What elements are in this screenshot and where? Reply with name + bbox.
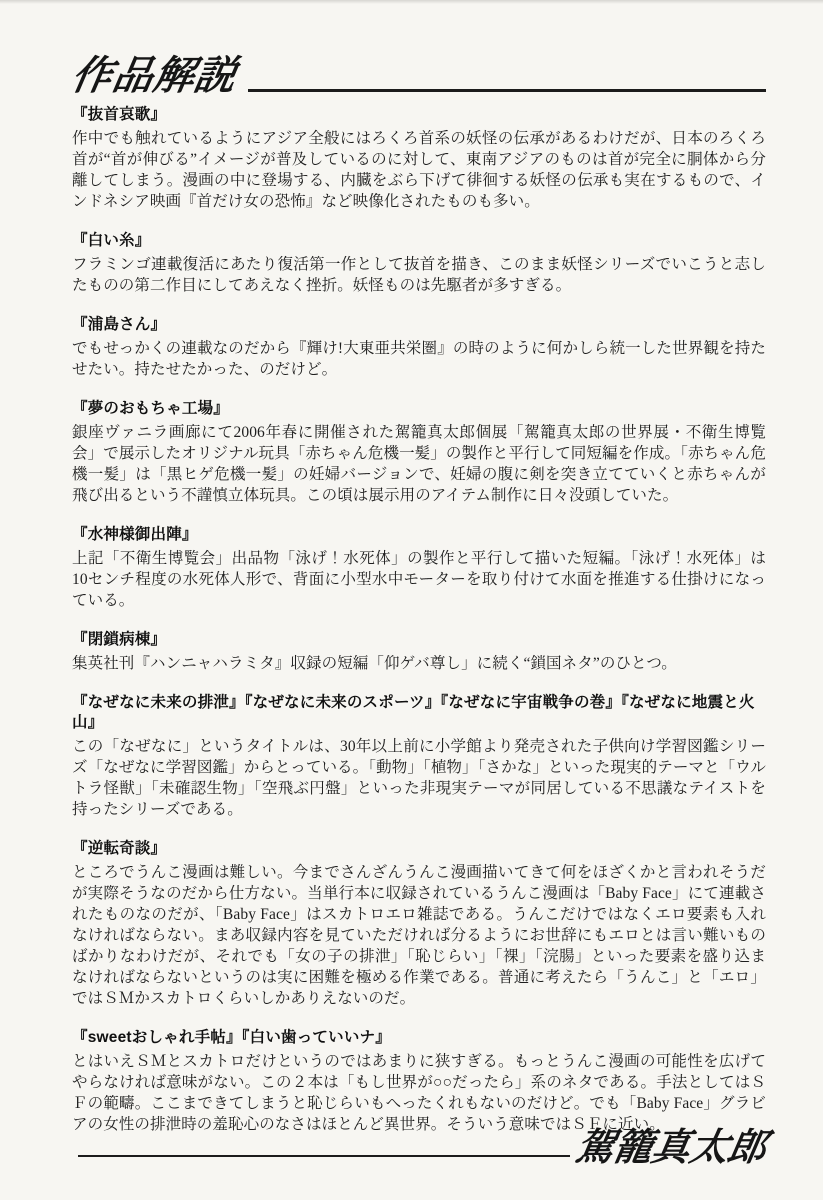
section: 『なぜなに未来の排泄』『なぜなに未来のスポーツ』『なぜなに宇宙戦争の巻』『なぜな… bbox=[72, 693, 766, 820]
title-row: 作品解説 bbox=[72, 46, 766, 96]
section-body: でもせっかくの連載なのだから『輝け!大東亜共栄圏』の時のように何かしら統一した世… bbox=[72, 338, 766, 380]
section-heading: 『sweetおしゃれ手帖』『白い歯っていいナ』 bbox=[72, 1028, 766, 1048]
page-content: 作品解説 『抜首哀歌』 作中でも触れているようにアジア全般にはろくろ首系の妖怪の… bbox=[72, 46, 766, 1135]
section-heading: 『逆転奇談』 bbox=[72, 839, 766, 859]
section-heading: 『水神様御出陣』 bbox=[72, 525, 766, 545]
section: 『閉鎖病棟』 集英社刊『ハンニャハラミタ』収録の短編「仰ゲバ尊し」に続く“鎖国ネ… bbox=[72, 630, 766, 674]
page-title: 作品解説 bbox=[68, 56, 239, 96]
section-heading: 『夢のおもちゃ工場』 bbox=[72, 399, 766, 419]
section-body: 集英社刊『ハンニャハラミタ』収録の短編「仰ゲバ尊し」に続く“鎖国ネタ”のひとつ。 bbox=[72, 653, 766, 674]
scan-edge-shadow bbox=[0, 0, 823, 4]
section: 『白い糸』 フラミンゴ連載復活にあたり復活第一作として抜首を描き、このまま妖怪シ… bbox=[72, 231, 766, 296]
section-body: 作中でも触れているようにアジア全般にはろくろ首系の妖怪の伝承があるわけだが、日本… bbox=[72, 128, 766, 212]
section-body: この「なぜなに」というタイトルは、30年以上前に小学館より発売された子供向け学習… bbox=[72, 736, 766, 820]
section-body: 上記「不衛生博覧会」出品物「泳げ！水死体」の製作と平行して描いた短編。「泳げ！水… bbox=[72, 548, 766, 611]
section: 『夢のおもちゃ工場』 銀座ヴァニラ画廊にて2006年春に開催された駕籠真太郎個展… bbox=[72, 399, 766, 506]
section: 『抜首哀歌』 作中でも触れているようにアジア全般にはろくろ首系の妖怪の伝承がある… bbox=[72, 105, 766, 212]
section-body: ところでうんこ漫画は難しい。今までさんざんうんこ漫画描いてきて何をほざくかと言わ… bbox=[72, 862, 766, 1009]
signature-row: 駕籠真太郎 bbox=[78, 1112, 766, 1170]
section-heading: 『閉鎖病棟』 bbox=[72, 630, 766, 650]
signature-underline bbox=[78, 1155, 570, 1157]
title-underline bbox=[248, 89, 766, 92]
section-heading: 『浦島さん』 bbox=[72, 315, 766, 335]
author-signature: 駕籠真太郎 bbox=[572, 1128, 769, 1170]
section: 『水神様御出陣』 上記「不衛生博覧会」出品物「泳げ！水死体」の製作と平行して描い… bbox=[72, 525, 766, 611]
commentary-page: 作品解説 『抜首哀歌』 作中でも触れているようにアジア全般にはろくろ首系の妖怪の… bbox=[0, 0, 823, 1200]
section-body: 銀座ヴァニラ画廊にて2006年春に開催された駕籠真太郎個展「駕籠真太郎の世界展・… bbox=[72, 422, 766, 506]
section: 『逆転奇談』 ところでうんこ漫画は難しい。今までさんざんうんこ漫画描いてきて何を… bbox=[72, 839, 766, 1009]
section-heading: 『抜首哀歌』 bbox=[72, 105, 766, 125]
section: 『浦島さん』 でもせっかくの連載なのだから『輝け!大東亜共栄圏』の時のように何か… bbox=[72, 315, 766, 380]
section-heading: 『なぜなに未来の排泄』『なぜなに未来のスポーツ』『なぜなに宇宙戦争の巻』『なぜな… bbox=[72, 693, 766, 733]
section-heading: 『白い糸』 bbox=[72, 231, 766, 251]
section-body: フラミンゴ連載復活にあたり復活第一作として抜首を描き、このまま妖怪シリーズでいこ… bbox=[72, 254, 766, 296]
